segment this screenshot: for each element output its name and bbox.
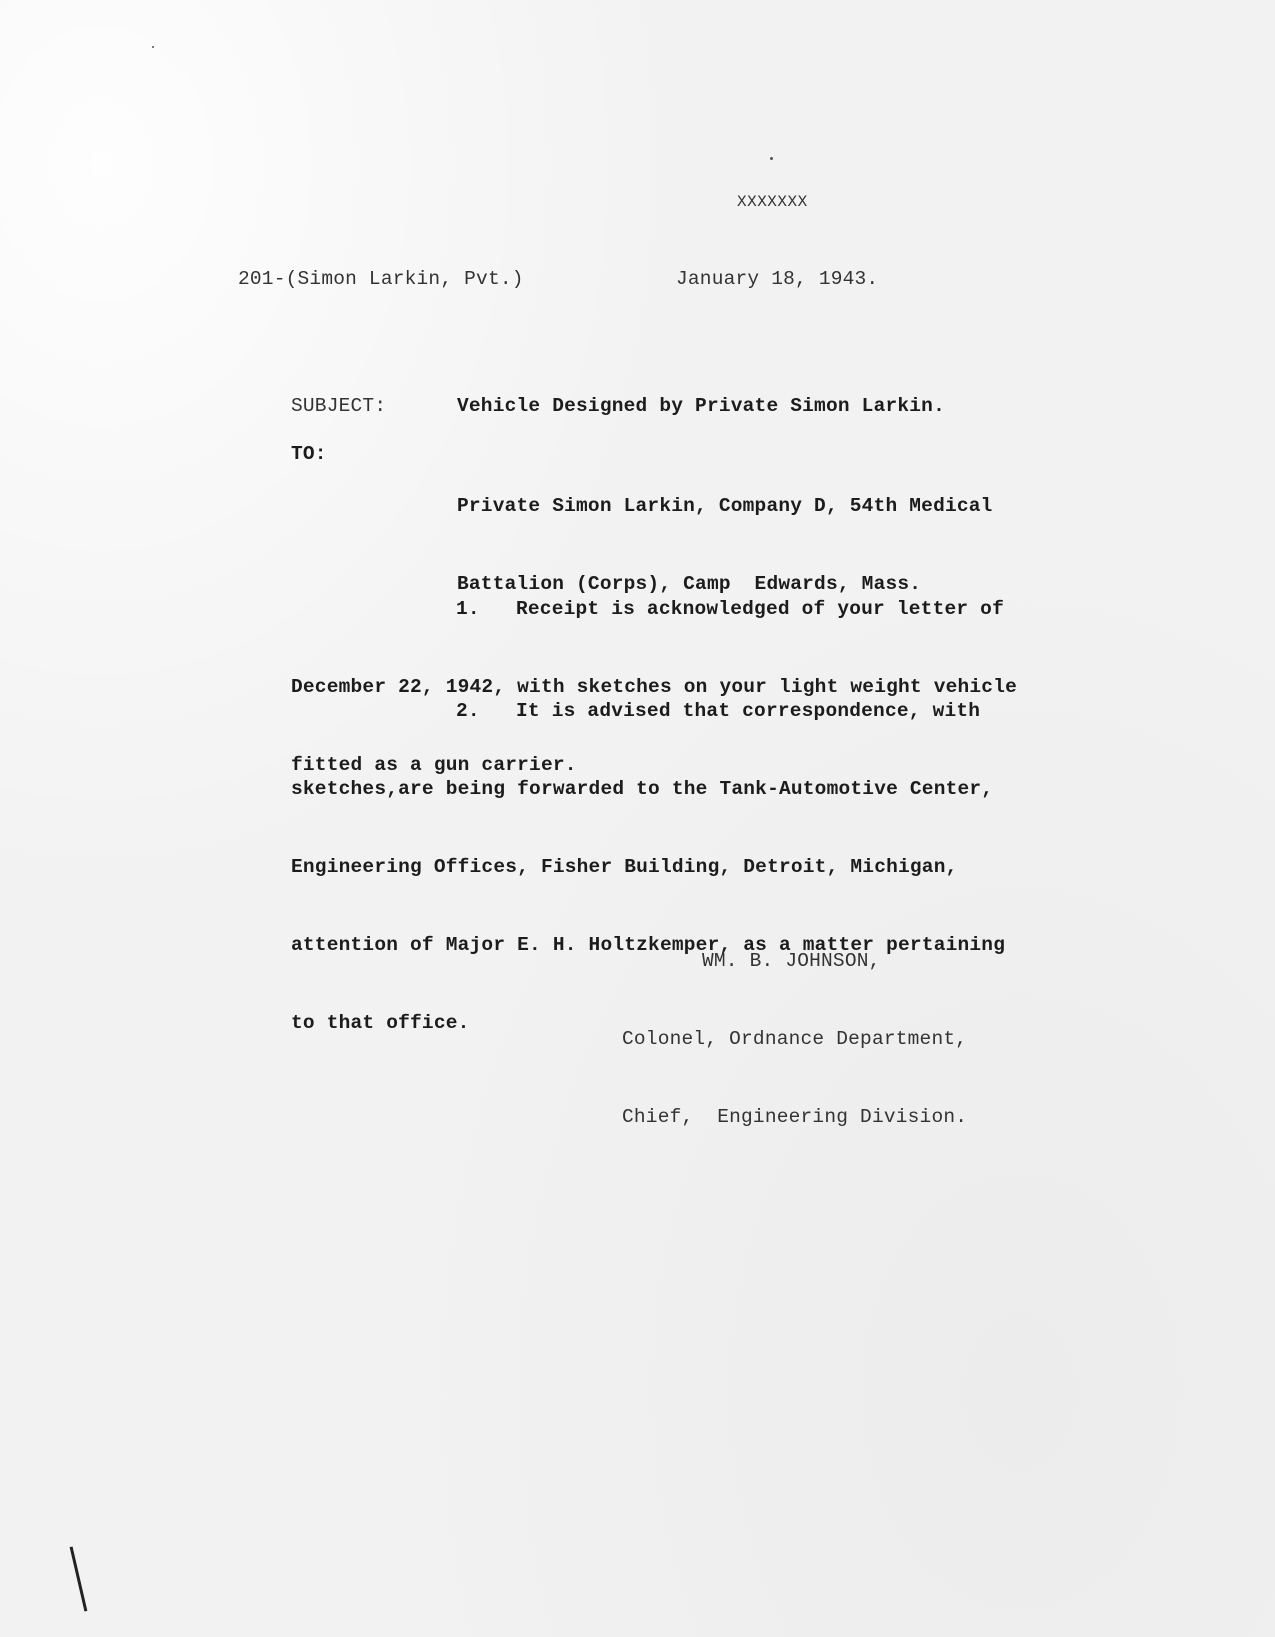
- signature-block: WM. B. JOHNSON, Colonel, Ordnance Depart…: [622, 896, 967, 1182]
- paragraph-line: Receipt is acknowledged of your letter o…: [516, 598, 1004, 620]
- signatory-name: WM. B. JOHNSON,: [622, 948, 967, 974]
- signatory-title: Chief, Engineering Division.: [622, 1104, 967, 1130]
- speck: [152, 46, 154, 48]
- paragraph-line: sketches,are being forwarded to the Tank…: [291, 776, 1071, 802]
- paragraph-line: It is advised that correspondence, with: [516, 700, 980, 722]
- subject-label: SUBJECT:: [291, 393, 386, 419]
- pen-mark: [70, 1547, 88, 1612]
- paragraph-number: 2.: [456, 698, 516, 724]
- letter-date: January 18, 1943.: [676, 266, 878, 292]
- to-label: TO:: [291, 441, 327, 467]
- paragraph-line: Engineering Offices, Fisher Building, De…: [291, 854, 1071, 880]
- file-reference: 201-(Simon Larkin, Pvt.): [238, 266, 524, 292]
- signatory-title: Colonel, Ordnance Department,: [622, 1026, 967, 1052]
- speck: [770, 157, 773, 160]
- recipient-line: Private Simon Larkin, Company D, 54th Me…: [457, 493, 993, 519]
- speck: [757, 869, 759, 871]
- classification-mark: XXXXXXX: [737, 189, 808, 215]
- paragraph-number: 1.: [456, 596, 516, 622]
- document-page: XXXXXXX 201-(Simon Larkin, Pvt.) January…: [0, 0, 1275, 1637]
- subject-value: Vehicle Designed by Private Simon Larkin…: [457, 393, 945, 419]
